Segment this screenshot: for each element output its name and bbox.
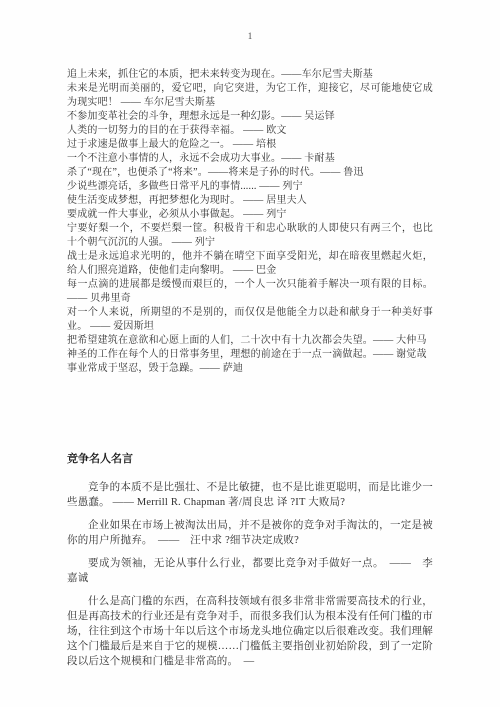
- quote-line: 一个不注意小事情的人，永远不会成功大事业。—— 卡耐基: [67, 152, 433, 166]
- section-paragraphs: 竞争的本质不是比强壮、不是比敏捷，也不是比谁更聪明，而是比谁少一些愚蠢。 —— …: [67, 480, 433, 669]
- quote-line: 战士是永远追求光明的，他并不躺在晴空下面享受阳光，却在暗夜里燃起火炬，给人们照亮…: [67, 250, 433, 278]
- quotes-block: 追上未来，抓住它的本质，把未来转变为现在。——车尔尼雪夫斯基 未来是光明而美丽的…: [67, 68, 433, 376]
- quote-line: 使生活变成梦想，再把梦想化为现时。 —— 居里夫人: [67, 194, 433, 208]
- quote-line: 未来是光明而美丽的，爱它吧，向它突进，为它工作，迎接它，尽可能地使它成为现实吧！…: [67, 82, 433, 110]
- quote-line: 宁要好梨一个，不要烂梨一筐。积极肯干和忠心耿耿的人即使只有两三个，也比十个朝气沉…: [67, 222, 433, 250]
- quote-line: 杀了“现在”，也便杀了“将来”。——将来是子孙的时代。—— 鲁迅: [67, 166, 433, 180]
- paragraph: 竞争的本质不是比强壮、不是比敏捷，也不是比谁更聪明，而是比谁少一些愚蠢。 —— …: [67, 480, 433, 510]
- quote-line: 不参加变革社会的斗争，理想永远是一种幻影。—— 吴运铎: [67, 110, 433, 124]
- quote-line: 要成就一件大事业，必须从小事做起。 —— 列宁: [67, 208, 433, 222]
- quote-line: 过于求速是做事上最大的危险之一。 —— 培根: [67, 138, 433, 152]
- quote-line: 对一个人来说，所期望的不是别的，而仅仅是他能全力以赴和献身于一种美好事业。 ——…: [67, 306, 433, 334]
- quote-line: 追上未来，抓住它的本质，把未来转变为现在。——车尔尼雪夫斯基: [67, 68, 433, 82]
- quote-line: 把希望建筑在意欲和心愿上面的人们，二十次中有十九次都会失望。—— 大仲马: [67, 334, 433, 348]
- paragraph: 企业如果在市场上被淘汰出局，并不是被你的竞争对手淘汰的，一定是被你的用户所抛弃。…: [67, 518, 433, 548]
- quote-line: 事业常成于坚忍，毁于急躁。—— 萨迪: [67, 362, 433, 376]
- quote-line: 每一点滴的进展都是缓慢而艰巨的，一个人一次只能着手解决一项有限的目标。 —— 贝…: [67, 278, 433, 306]
- paragraph: 要成为领袖，无论从事什么行业，都要比竞争对手做好一点。 —— 李嘉诚: [67, 556, 433, 586]
- document-page: 1 追上未来，抓住它的本质，把未来转变为现在。——车尔尼雪夫斯基 未来是光明而美…: [0, 0, 500, 707]
- section-heading: 竞争名人名言: [67, 452, 433, 466]
- quote-line: 人类的一切努力的目的在于获得幸福。 —— 欧文: [67, 124, 433, 138]
- paragraph: 什么是高门槛的东西，在高科技领域有很多非常非常需要高技术的行业，但是再高技术的行…: [67, 594, 433, 669]
- page-number: 1: [0, 0, 500, 41]
- quote-line: 少说些漂亮话，多做些日常平凡的事情...... —— 列宁: [67, 180, 433, 194]
- quote-line: 神圣的工作在每个人的日常事务里，理想的前途在于一点一滴做起。—— 谢觉哉: [67, 348, 433, 362]
